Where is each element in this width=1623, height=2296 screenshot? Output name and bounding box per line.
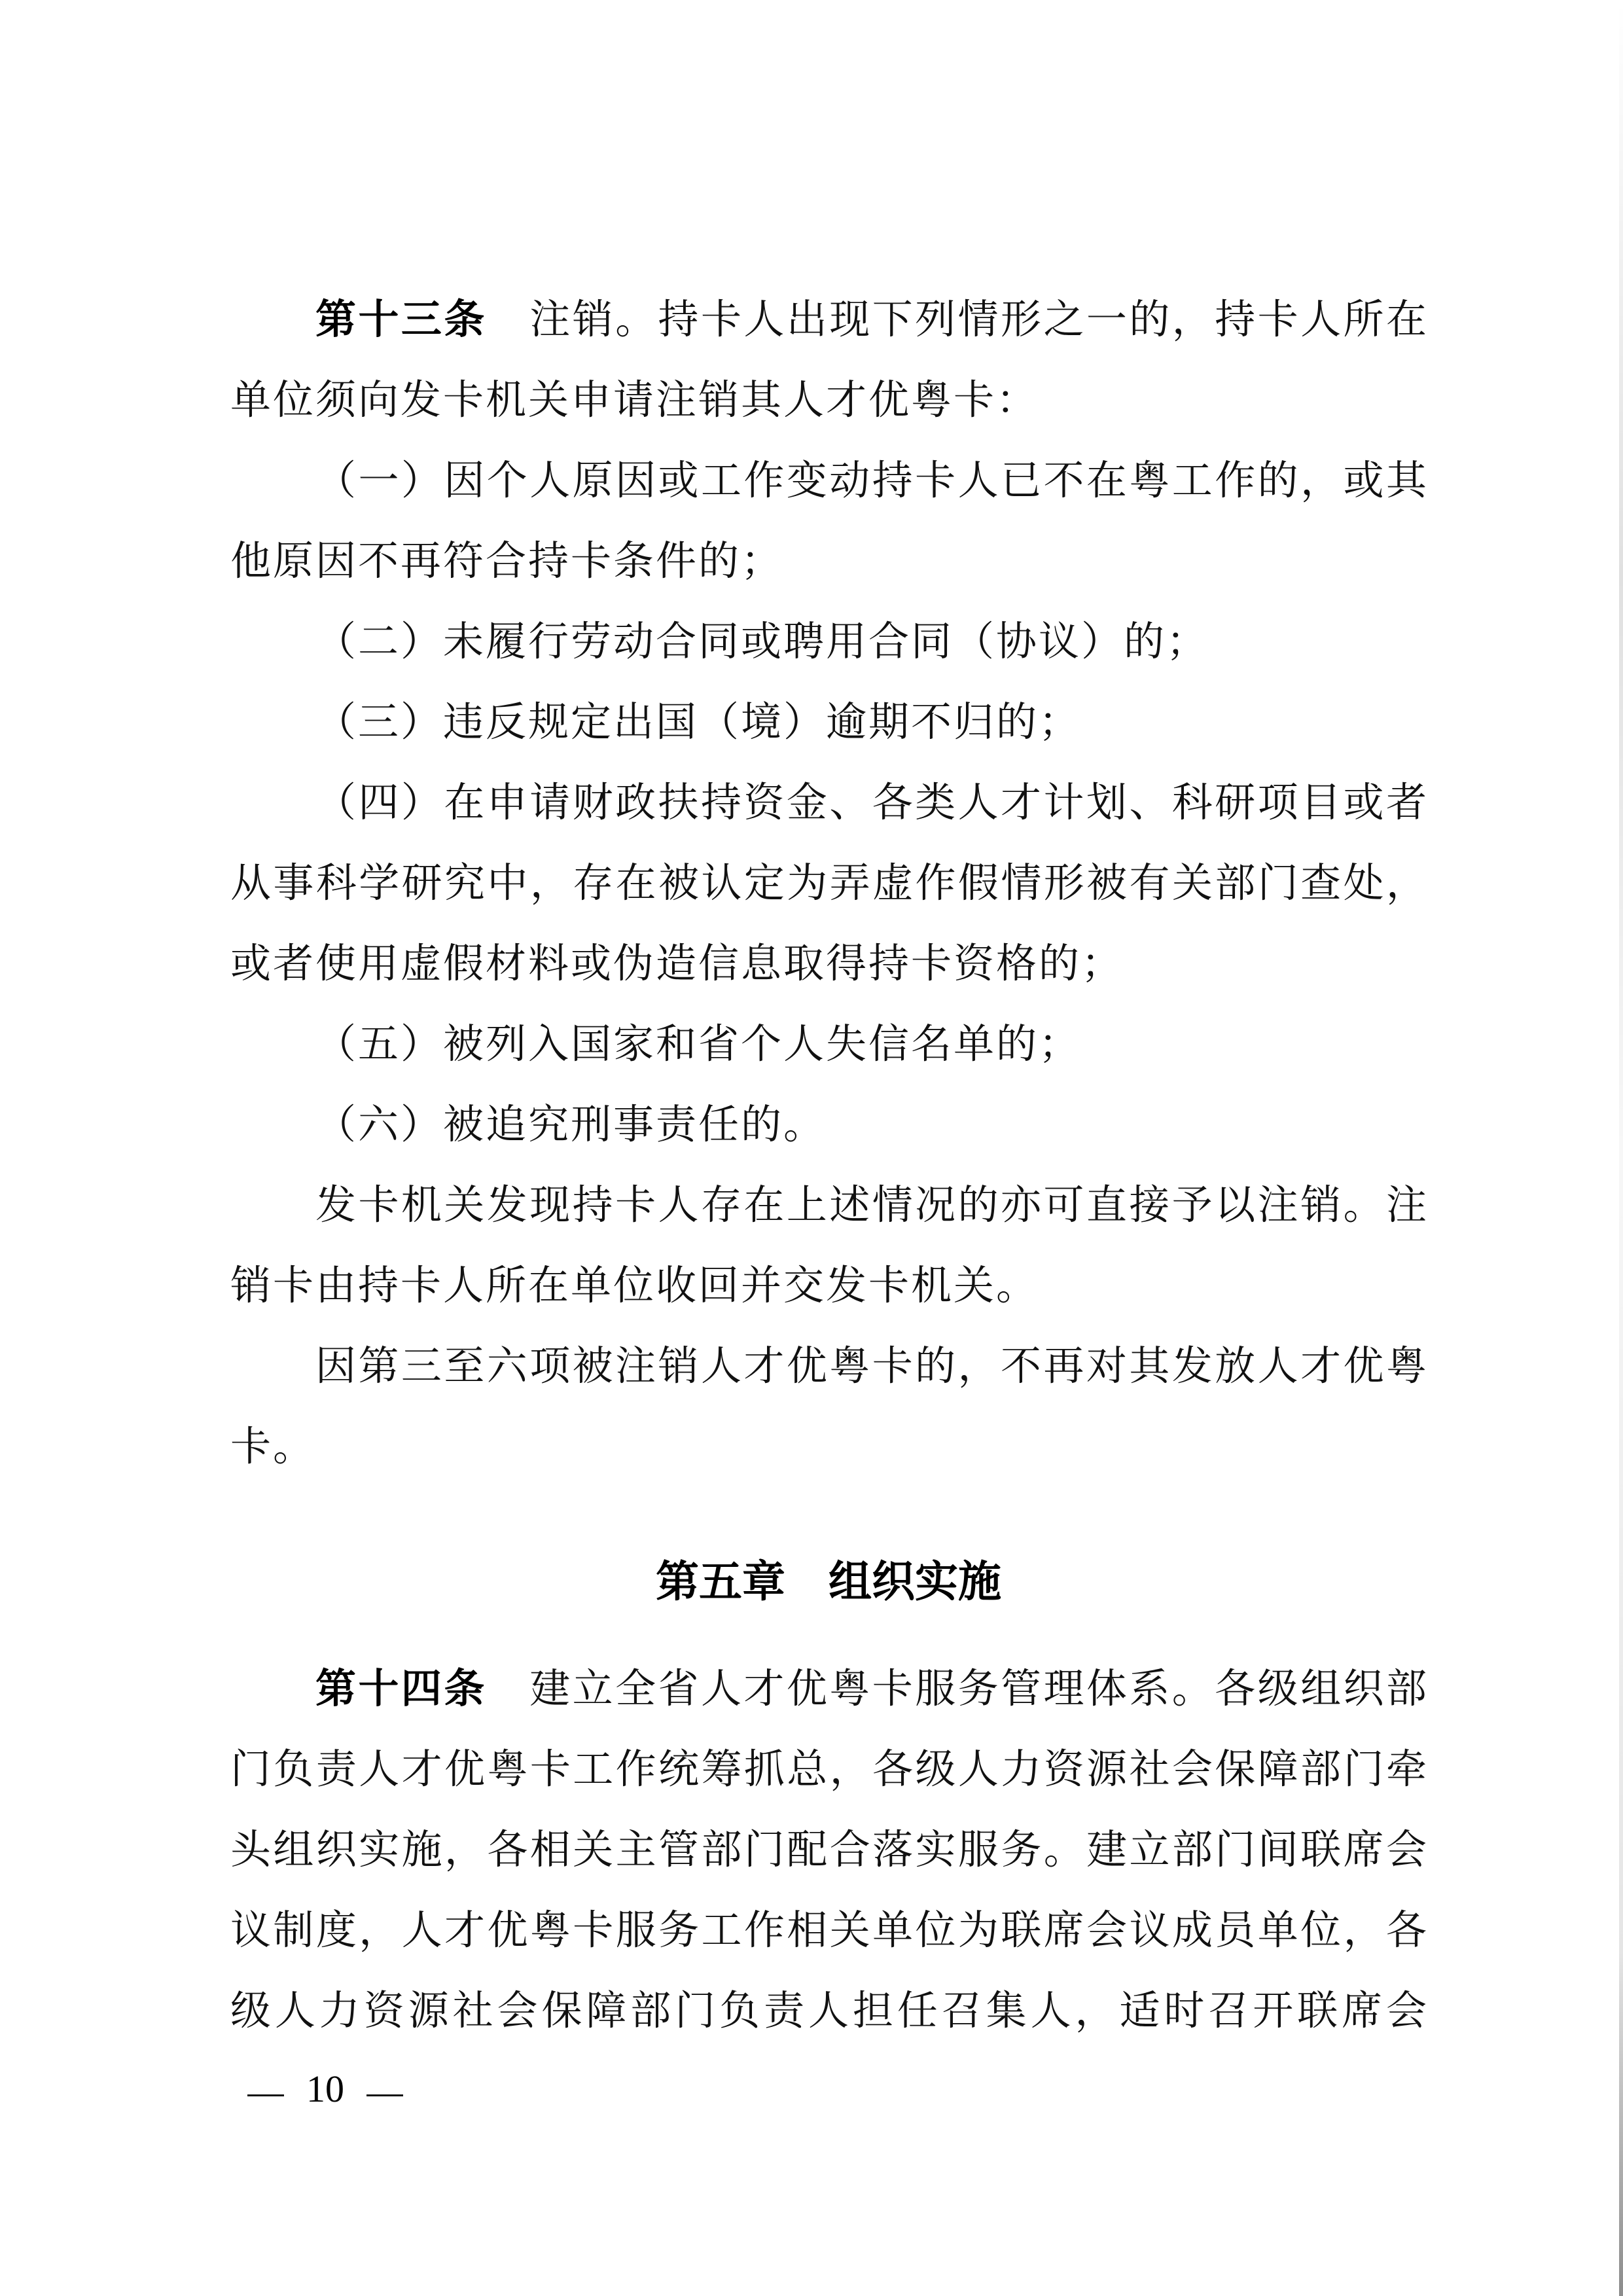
page-number-value: 10 — [306, 2068, 344, 2110]
list-item-5: （五）被列入国家和省个人失信名单的； — [315, 1020, 1081, 1067]
paragraph-line: 发卡机关发现持卡人存在上述情况的亦可直接予以注销。注 — [315, 1181, 1427, 1229]
list-item-3: （三）违反规定出国（境）逾期不归的； — [315, 698, 1081, 745]
article-14-text: 建立全省人才优粤卡服务管理体系。各级组织部 — [487, 1664, 1427, 1712]
article-14-first-line: 第十四条 建立全省人才优粤卡服务管理体系。各级组织部 — [315, 1665, 1427, 1712]
list-item-4-continuation: 或者使用虚假材料或伪造信息取得持卡资格的； — [230, 940, 1124, 987]
chapter-heading: 第五章 组织实施 — [0, 1552, 1623, 1611]
article-14-title: 第十四条 — [315, 1664, 487, 1712]
paragraph-line: 卡。 — [230, 1423, 315, 1470]
list-item-1-continuation: 他原因不再符合持卡条件的； — [230, 537, 783, 584]
paragraph-line: 因第三至六项被注销人才优粤卡的，不再对其发放人才优粤 — [315, 1342, 1427, 1390]
page-number: 10 — [247, 2068, 403, 2110]
list-item-1: （一）因个人原因或工作变动持卡人已不在粤工作的，或其 — [315, 457, 1427, 504]
document-page: 第十三条 注销。持卡人出现下列情形之一的，持卡人所在 单位须向发卡机关申请注销其… — [0, 0, 1623, 2296]
list-item-4: （四）在申请财政扶持资金、各类人才计划、科研项目或者 — [315, 779, 1427, 826]
paragraph-line: 级人力资源社会保障部门负责人担任召集人，适时召开联席会 — [230, 1987, 1427, 2034]
list-item-6: （六）被追究刑事责任的。 — [315, 1101, 826, 1148]
paragraph-line: 销卡由持卡人所在单位收回并交发卡机关。 — [230, 1262, 1039, 1309]
article-13-first-line: 第十三条 注销。持卡人出现下列情形之一的，持卡人所在 — [315, 296, 1427, 343]
paragraph-line: 门负责人才优粤卡工作统筹抓总，各级人力资源社会保障部门牵 — [230, 1746, 1427, 1793]
article-13-text: 注销。持卡人出现下列情形之一的，持卡人所在 — [487, 295, 1427, 343]
list-item-2: （二）未履行劳动合同或聘用合同（协议）的； — [315, 618, 1209, 665]
list-item-4-continuation: 从事科学研究中，存在被认定为弄虚作假情形被有关部门查处， — [230, 859, 1427, 906]
dash-left — [247, 2094, 284, 2096]
scan-edge-shadow — [1619, 0, 1623, 2296]
paragraph-line: 头组织实施，各相关主管部门配合落实服务。建立部门间联席会 — [230, 1826, 1427, 1873]
article-13-title: 第十三条 — [315, 295, 487, 343]
dash-right — [366, 2094, 403, 2096]
paragraph-line: 议制度，人才优粤卡服务工作相关单位为联席会议成员单位，各 — [230, 1907, 1427, 1954]
paragraph-line: 单位须向发卡机关申请注销其人才优粤卡： — [230, 376, 1039, 423]
